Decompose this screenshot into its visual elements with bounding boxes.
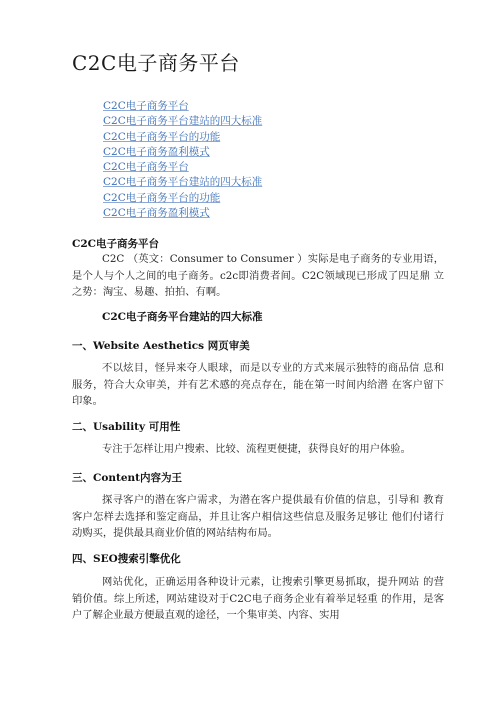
toc-link[interactable]: C2C电子商务平台建站的四大标准: [103, 176, 262, 188]
toc-item: C2C电子商务平台的功能: [103, 130, 262, 145]
content-paragraph: 探寻客户的潜在客户需求，为潜在客户提供最有价值的信息，引导和 教育客户怎样去选择…: [72, 492, 444, 542]
seo-heading: 四、SEO搜索引擎优化: [72, 551, 181, 566]
toc-item: C2C电子商务平台的功能: [103, 191, 262, 206]
intro-paragraph: C2C （英文：Consumer to Consumer ）实际是电子商务的专业…: [72, 251, 444, 301]
toc-item: C2C电子商务平台建站的四大标准: [103, 175, 262, 190]
toc-item: C2C电子商务盈利模式: [103, 145, 262, 160]
document-title: C2C电子商务平台: [72, 47, 240, 76]
toc-link[interactable]: C2C电子商务盈利模式: [103, 207, 210, 219]
content-heading: 三、Content内容为王: [72, 470, 182, 485]
aesthetics-paragraph: 不以炫目，怪异来夺人眼球，而是以专业的方式来展示独特的商品信 息和服务，符合大众…: [72, 360, 444, 410]
seo-paragraph: 网站优化，正确运用各种设计元素，让搜索引擎更易抓取，提升网站 的营销价值。综上所…: [72, 574, 444, 624]
toc-link[interactable]: C2C电子商务平台建站的四大标准: [103, 115, 262, 127]
aesthetics-heading: 一、Website Aesthetics 网页审美: [72, 338, 250, 353]
intro-heading: C2C电子商务平台: [72, 236, 159, 251]
usability-paragraph: 专注于怎样让用户搜索、比较、流程更便捷，获得良好的用户体验。: [72, 441, 444, 458]
toc-item: C2C电子商务平台建站的四大标准: [103, 114, 262, 129]
toc-item: C2C电子商务盈利模式: [103, 206, 262, 221]
toc-link[interactable]: C2C电子商务平台的功能: [103, 131, 220, 143]
toc-link[interactable]: C2C电子商务平台的功能: [103, 192, 220, 204]
document-page: C2C电子商务平台 C2C电子商务平台 C2C电子商务平台建站的四大标准 C2C…: [0, 0, 500, 707]
toc-link[interactable]: C2C电子商务平台: [103, 161, 189, 173]
standards-heading: C2C电子商务平台建站的四大标准: [102, 309, 263, 324]
usability-heading: 二、Usability 可用性: [72, 419, 180, 434]
toc-item: C2C电子商务平台: [103, 160, 262, 175]
table-of-contents: C2C电子商务平台 C2C电子商务平台建站的四大标准 C2C电子商务平台的功能 …: [103, 99, 262, 221]
toc-item: C2C电子商务平台: [103, 99, 262, 114]
toc-link[interactable]: C2C电子商务平台: [103, 100, 189, 112]
toc-link[interactable]: C2C电子商务盈利模式: [103, 146, 210, 158]
